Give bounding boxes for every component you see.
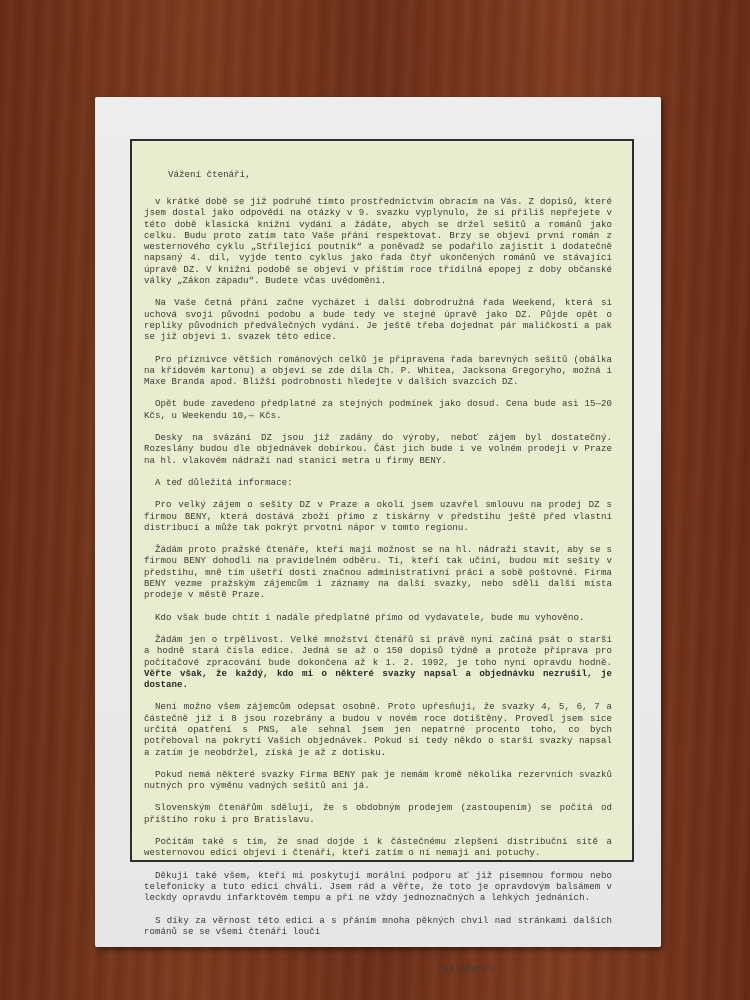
letter-body: v krátké době se již podruhé tímto prost… — [144, 196, 612, 937]
paragraph-text: S díky za věrnost této edici a s přáním … — [144, 915, 612, 937]
printed-page: Vážení čtenáři, v krátké době se již pod… — [95, 97, 661, 947]
letter-paragraph: Žádám jen o trpělivost. Velké množství č… — [144, 634, 612, 690]
letter-paragraph: Kdo však bude chtít i nadále předplatné … — [144, 612, 612, 623]
letter-paragraph: Pokud nemá některé svazky Firma BENY pak… — [144, 769, 612, 792]
letter-paragraph: A teď důležitá informace: — [144, 477, 612, 488]
letter-paragraph: v krátké době se již podruhé tímto prost… — [144, 196, 612, 286]
letter-paragraph: Žádám proto pražské čtenáře, kteří mají … — [144, 544, 612, 600]
letter-paragraph: Slovenským čtenářům sděluji, že s obdobn… — [144, 802, 612, 825]
paragraph-text: Počítám také s tím, že snad dojde i k čá… — [144, 836, 612, 858]
paragraph-text: Žádám jen o trpělivost. Velké množství č… — [144, 634, 612, 668]
paragraph-text: v krátké době se již podruhé tímto prost… — [144, 196, 612, 286]
paragraph-emphasis: Věřte však, že každý, kdo mi o některé s… — [144, 668, 612, 690]
paragraph-text: Pro příznivce větších románových celků j… — [144, 354, 612, 388]
letter-paragraph: Není možno všem zájemcům odepsat osobně.… — [144, 701, 612, 757]
letter-paragraph: Počítám také s tím, že snad dojde i k čá… — [144, 836, 612, 859]
paragraph-text: Děkuji také všem, kteří mi poskytují mor… — [144, 870, 612, 904]
paragraph-text: Není možno všem zájemcům odepsat osobně.… — [144, 701, 612, 757]
paragraph-text: Kdo však bude chtít i nadále předplatné … — [155, 612, 585, 623]
letter-paragraph: Opět bude zavedeno předplatné za stejnýc… — [144, 398, 612, 421]
letter-paragraph: S díky za věrnost této edici a s přáním … — [144, 915, 612, 938]
letter-salutation: Vážení čtenáři, — [168, 169, 612, 180]
paragraph-text: Opět bude zavedeno předplatné za stejnýc… — [144, 398, 612, 420]
letter-paragraph: Desky na svázání DZ jsou již zadány do v… — [144, 432, 612, 466]
letter-paragraph: Na Vaše četná přání začne vycházet i dal… — [144, 297, 612, 342]
paragraph-text: A teď důležitá informace: — [155, 477, 293, 488]
letter-paragraph: Pro příznivce větších románových celků j… — [144, 354, 612, 388]
paragraph-text: Žádám proto pražské čtenáře, kteří mají … — [144, 544, 612, 600]
paragraph-text: Desky na svázání DZ jsou již zadány do v… — [144, 432, 612, 466]
letter-paragraph: Pro velký zájem o sešity DZ v Praze a ok… — [144, 499, 612, 533]
letter-paragraph: Děkuji také všem, kteří mi poskytují mor… — [144, 870, 612, 904]
paragraph-text: Slovenským čtenářům sděluji, že s obdobn… — [144, 802, 612, 824]
letter-frame: Vážení čtenáři, v krátké době se již pod… — [130, 139, 634, 862]
paragraph-text: Na Vaše četná přání začne vycházet i dal… — [144, 297, 612, 342]
letter-signature: nakladatel — [438, 963, 612, 974]
paragraph-text: Pro velký zájem o sešity DZ v Praze a ok… — [144, 499, 612, 533]
paragraph-text: Pokud nemá některé svazky Firma BENY pak… — [144, 769, 612, 791]
